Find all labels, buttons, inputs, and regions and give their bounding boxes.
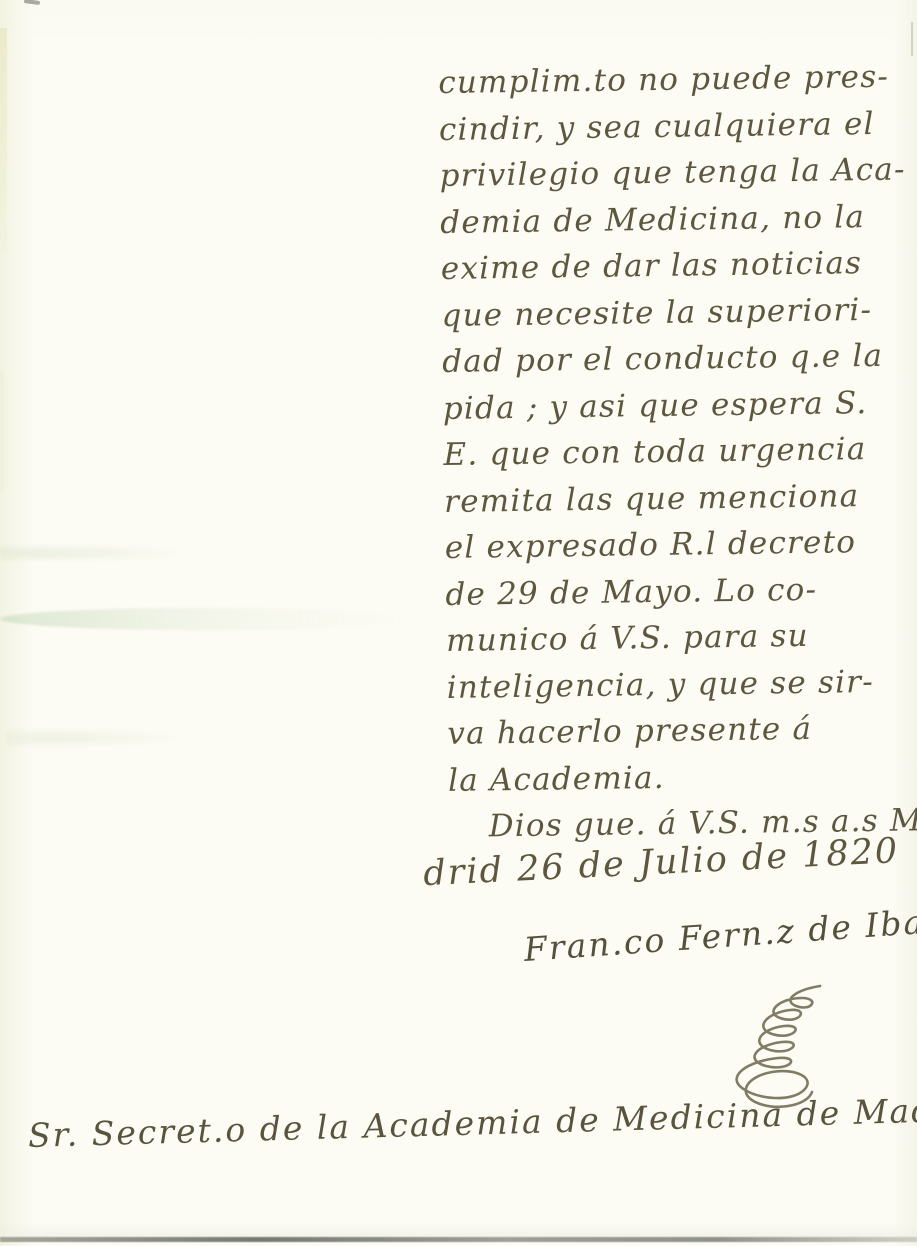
paper-smudge-upper	[0, 544, 180, 562]
letter-line: demia de Medicina, no la	[440, 193, 913, 246]
address-line: Sr. Secret.o de la Academia de Medicina …	[27, 1090, 917, 1155]
paper-smudge-lower	[6, 728, 176, 748]
letter-line: dad por el conducto q.e la	[442, 332, 915, 385]
letter-line: cindir, y sea cualquiera el	[439, 100, 912, 153]
letter-line: la Academia.	[448, 751, 917, 804]
letter-line: privilegio que tenga la Aca-	[439, 146, 912, 199]
letter-line: de 29 de Mayo. Lo co-	[445, 565, 917, 618]
paper-corner-mark	[24, 0, 40, 5]
paper-left-edge-tint-2	[0, 370, 4, 490]
letter-line: E. que con toda urgencia	[443, 425, 916, 478]
fold-crease	[0, 608, 410, 630]
paper-bottom-band	[0, 1222, 917, 1237]
letter-line: exime de dar las noticias	[441, 239, 914, 292]
letter-line: cumplim.to no puede pres-	[438, 53, 911, 106]
letter-line: remita las que menciona	[444, 472, 917, 525]
letter-line: munico á V.S. para su	[446, 611, 917, 664]
manuscript-page: cumplim.to no puede pres- cindir, y sea …	[0, 0, 917, 1246]
paper-edge-shadow	[0, 1237, 917, 1242]
letter-line: va hacerlo presente á	[447, 704, 917, 757]
paper-left-edge-tint	[0, 28, 7, 253]
letter-line: que necesite la superiori-	[441, 286, 914, 339]
letter-body: cumplim.to no puede pres- cindir, y sea …	[438, 53, 917, 897]
paper-right-edge-mark	[911, 22, 913, 56]
signature-rubric	[708, 984, 828, 1112]
letter-line: pida ; y asi que espera S.	[443, 379, 916, 432]
letter-line: el expresado R.l decreto	[444, 518, 917, 571]
signature-name: Fran.co Fern.z de Ibarra	[523, 898, 917, 969]
letter-line: inteligencia, y que se sir-	[446, 658, 917, 711]
